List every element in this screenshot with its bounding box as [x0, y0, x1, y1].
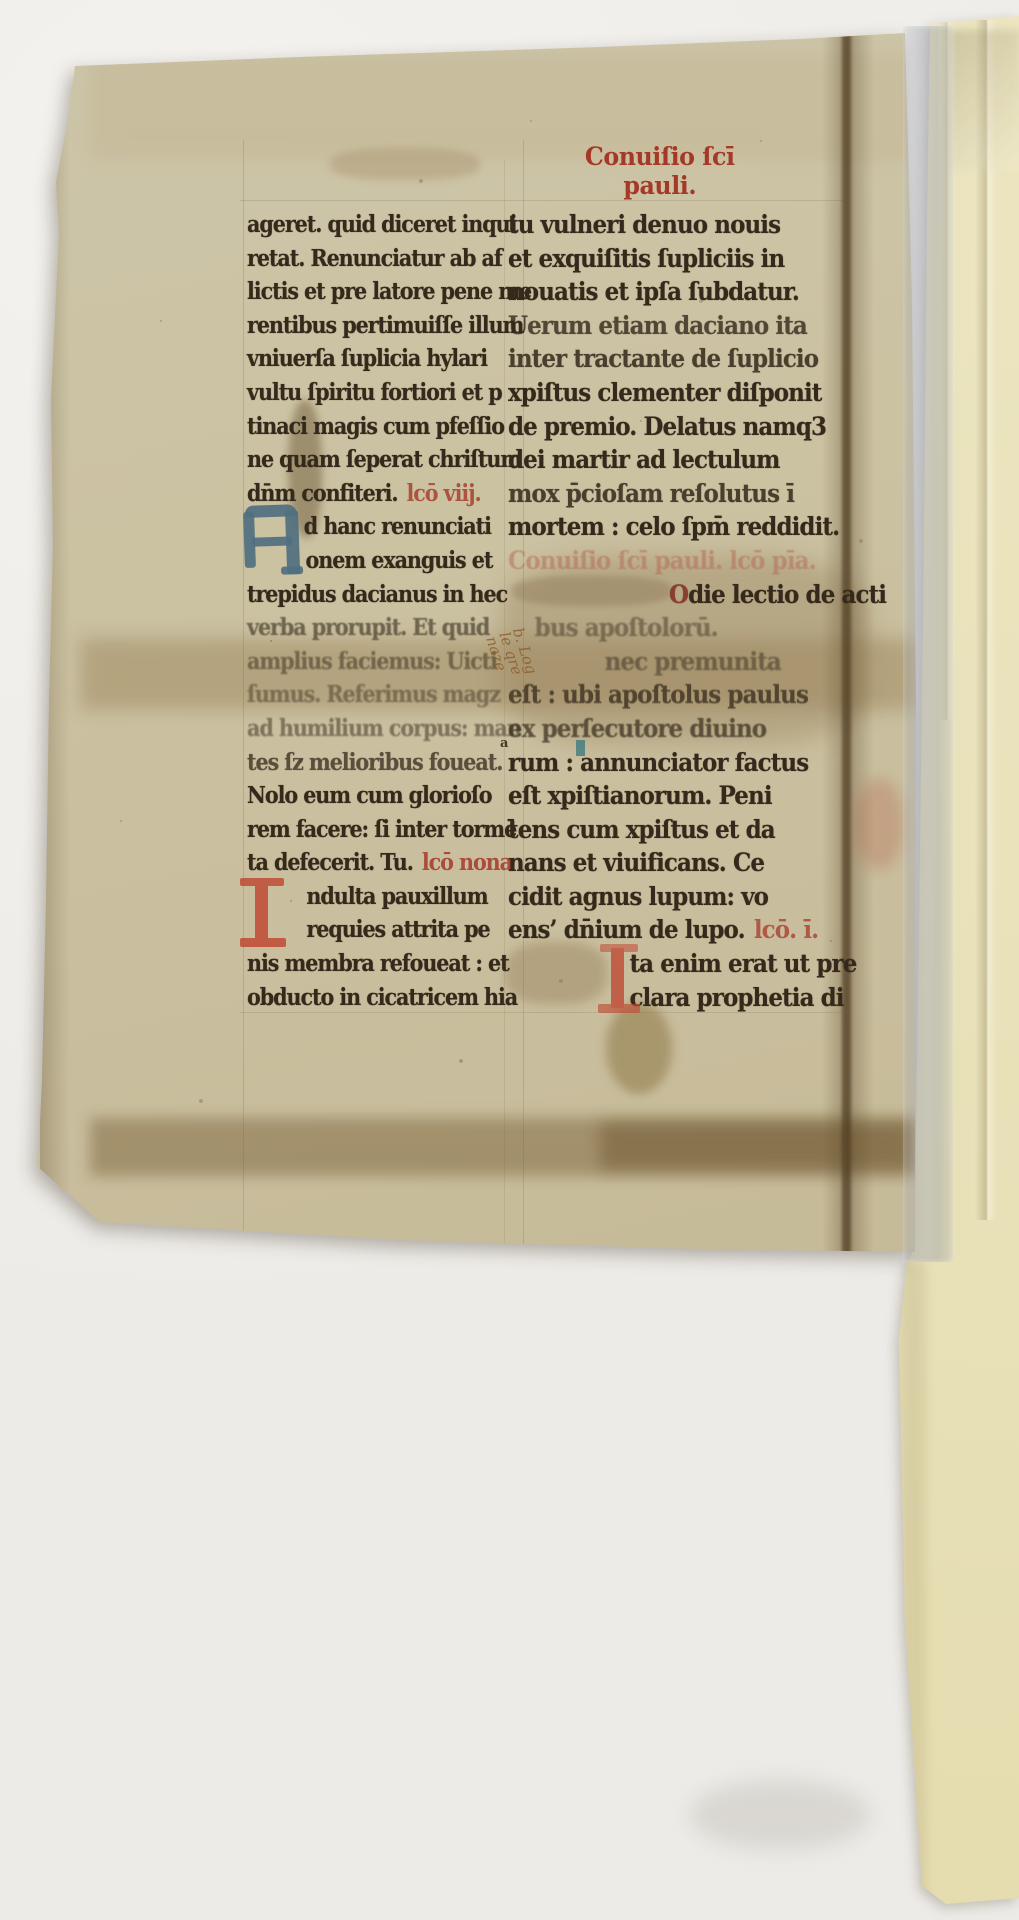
superscript-correction-mark: a [500, 736, 508, 751]
line-text: vniuerſa ſuplicia hylari [247, 345, 487, 372]
text-line: trepidus dacianus in hec [247, 578, 531, 612]
line-text: de premio. Delatus namq3 [508, 412, 826, 441]
line-text: Nolo eum cum glorioſo [247, 782, 491, 809]
tape-strip [903, 26, 953, 1262]
text-line: ta defecerit. Tu.lcō nona [247, 846, 531, 880]
line-text: rem facere: ſi inter tormē [247, 816, 516, 843]
text-line: tu vulneri denuo nouis [508, 208, 886, 242]
text-line: ndulta pauxillum [247, 880, 531, 914]
text-line: Nolo eum cum glorioſo [247, 779, 531, 813]
line-text: eſt xpiſtianorum. Peni [508, 781, 772, 810]
line-text: mortem : celo ſpm̄ reddidit. [508, 512, 839, 541]
bottom-center-blob-stain [606, 1002, 672, 1094]
line-text: ens’ dn̄ium de lupo. [508, 915, 745, 944]
line-text: eſt : ubi apoſtolus paulus [508, 680, 808, 709]
line-text: mox p̄cioſam reſolutus ī [508, 479, 794, 508]
text-line: vultu ſpiritu fortiori et p [247, 376, 531, 410]
text-line: Uerum etiam daciano ita [508, 309, 886, 343]
text-column-a: ageret. quid diceret inquiretat. Renunci… [247, 208, 531, 1014]
line-text: tinaci magis cum pfeſſio [247, 413, 504, 440]
line-text: nouatis et ipſa ſubdatur. [508, 277, 799, 306]
line-text: vultu ſpiritu fortiori et p [247, 379, 502, 406]
text-line: requies attrita pe [247, 913, 531, 947]
text-line: ne quam ſeperat chriſtum [247, 443, 531, 477]
line-text: nec premunita [605, 647, 781, 676]
photo-backdrop: Conuiſio ſcī pauli. ageret. quid diceret… [0, 0, 1019, 1920]
line-text: ta defecerit. Tu. [247, 849, 413, 876]
text-line: nis membra refoueat : et [247, 947, 531, 981]
line-text: ageret. quid diceret inqui [247, 211, 516, 238]
text-line: ageret. quid diceret inqui [247, 208, 531, 242]
line-text: dei martir ad lectulum [508, 445, 780, 474]
bottom-stain-band [90, 1118, 920, 1176]
line-text: retat. Renunciatur ab af [247, 245, 502, 272]
line-text: tu vulneri denuo nouis [508, 210, 780, 239]
text-line: et exquiſitis ſupliciis in [508, 242, 886, 276]
text-line: lictis et pre latore pene me [247, 275, 531, 309]
line-text: bus apoſtolorū. [535, 613, 718, 642]
text-line: rum : annunciator factus [508, 746, 886, 780]
ruling-line-vertical [243, 140, 244, 1300]
text-line: tes ſz melioribus foueat. [247, 746, 531, 780]
line-text: die lectio de acti [688, 580, 886, 609]
red-initial-I-b [598, 944, 642, 1014]
text-line: tens cum xpiſtus et da [508, 813, 886, 847]
line-text: et exquiſitis ſupliciis in [508, 244, 784, 273]
line-text: verba prorupit. Et quid [247, 614, 489, 641]
text-line: eſt xpiſtianorum. Peni [508, 779, 886, 813]
text-line: dei martir ad lectulum [508, 443, 886, 477]
bottom-stain-dark [600, 1122, 912, 1170]
text-line: rentibus pertimuiſſe illum [247, 309, 531, 343]
line-text: tens cum xpiſtus et da [508, 815, 775, 844]
line-text: onem exanguis et [306, 547, 493, 574]
line-text: d hanc renunciati [304, 513, 491, 540]
line-text: obducto in cicatricem hia [247, 984, 517, 1011]
line-text: trepidus dacianus in hec [247, 581, 507, 608]
line-text: ad humilium corpus: man [247, 715, 521, 742]
header-ghost-smudge [330, 148, 480, 180]
line-text: requies attrita pe [306, 916, 489, 943]
line-text: tes ſz melioribus foueat. [247, 749, 502, 776]
text-line: ens’ dn̄ium de lupo.lcō. ī. [508, 913, 886, 947]
initial-letter: O [669, 580, 688, 609]
line-text: Uerum etiam daciano ita [508, 311, 807, 340]
rubric-text: lcō nona [422, 849, 512, 876]
line-text: dn̄m confiteri. [247, 480, 397, 507]
text-line: nec premunita [508, 645, 886, 679]
text-line: xpiſtus clementer diſponit [508, 376, 886, 410]
text-line: eſt : ubi apoſtolus paulus [508, 678, 886, 712]
text-line: nans et viuificans. Ce [508, 846, 886, 880]
line-text: ta enim erat ut pre [629, 949, 856, 978]
parchment-speckles [0, 0, 2, 2]
text-line: inter tractante de ſuplicio [508, 342, 886, 376]
line-text: rentibus pertimuiſſe illum [247, 312, 523, 339]
manuscript-leaf: Conuiſio ſcī pauli. ageret. quid diceret… [0, 0, 1019, 1920]
line-text: nans et viuificans. Ce [508, 848, 764, 877]
rubric-text: lcō. ī. [754, 915, 818, 944]
line-text: ſumus. Referimus magz [247, 681, 500, 708]
text-column-b: tu vulneri denuo nouiset exquiſitis ſupl… [508, 208, 886, 1014]
blue-initial-A [243, 504, 303, 576]
text-line: vniuerſa ſuplicia hylari [247, 342, 531, 376]
line-text: nis membra refoueat : et [247, 950, 509, 977]
text-line: Conuiſio ſcī pauli. lcō pīa. [508, 544, 886, 578]
text-line: ta enim erat ut pre [508, 947, 886, 981]
text-line: ex perſecutore diuino [508, 712, 886, 746]
top-margin-tint [90, 55, 920, 160]
text-line: retat. Renunciatur ab af [247, 242, 531, 276]
line-text: ne quam ſeperat chriſtum [247, 446, 521, 473]
line-text: clara prophetia di [629, 983, 843, 1012]
ruling-line-horizontal [300, 1295, 820, 1296]
text-line: tinaci magis cum pfeſſio [247, 410, 531, 444]
line-text: rum : annunciator factus [508, 748, 808, 777]
text-line: cidit agnus lupum: vo [508, 880, 886, 914]
text-line: mox p̄cioſam reſolutus ī [508, 477, 886, 511]
line-text: xpiſtus clementer diſponit [508, 378, 821, 407]
red-initial-I-a [240, 876, 288, 948]
text-line: ſumus. Referimus magz [247, 678, 531, 712]
text-line: Odie lectio de acti [508, 578, 886, 612]
text-line: rem facere: ſi inter tormē [247, 813, 531, 847]
text-line: obducto in cicatricem hia [247, 981, 531, 1015]
text-line: mortem : celo ſpm̄ reddidit. [508, 510, 886, 544]
line-text: lictis et pre latore pene me [247, 278, 531, 305]
ruling-line-horizontal [240, 200, 848, 201]
line-text: amplius faciemus: Uicti [247, 648, 497, 675]
line-text: inter tractante de ſuplicio [508, 344, 818, 373]
text-line: clara prophetia di [508, 981, 886, 1015]
line-text: ex perſecutore diuino [508, 714, 766, 743]
rubric-text: lcō viij. [406, 480, 480, 507]
line-text: cidit agnus lupum: vo [508, 882, 768, 911]
text-line: ad humilium corpus: man [247, 712, 531, 746]
line-text: Conuiſio ſcī pauli. lcō pīa. [508, 546, 816, 575]
text-line: bus apoſtolorū. [508, 611, 886, 645]
header-rubric: Conuiſio ſcī pauli. [560, 142, 760, 200]
main-leaf-wrap: Conuiſio ſcī pauli. ageret. quid diceret… [0, 0, 1019, 1920]
text-line: de premio. Delatus namq3 [508, 410, 886, 444]
left-edge-shade [40, 60, 70, 1220]
text-line: nouatis et ipſa ſubdatur. [508, 275, 886, 309]
line-text: ndulta pauxillum [306, 883, 487, 910]
